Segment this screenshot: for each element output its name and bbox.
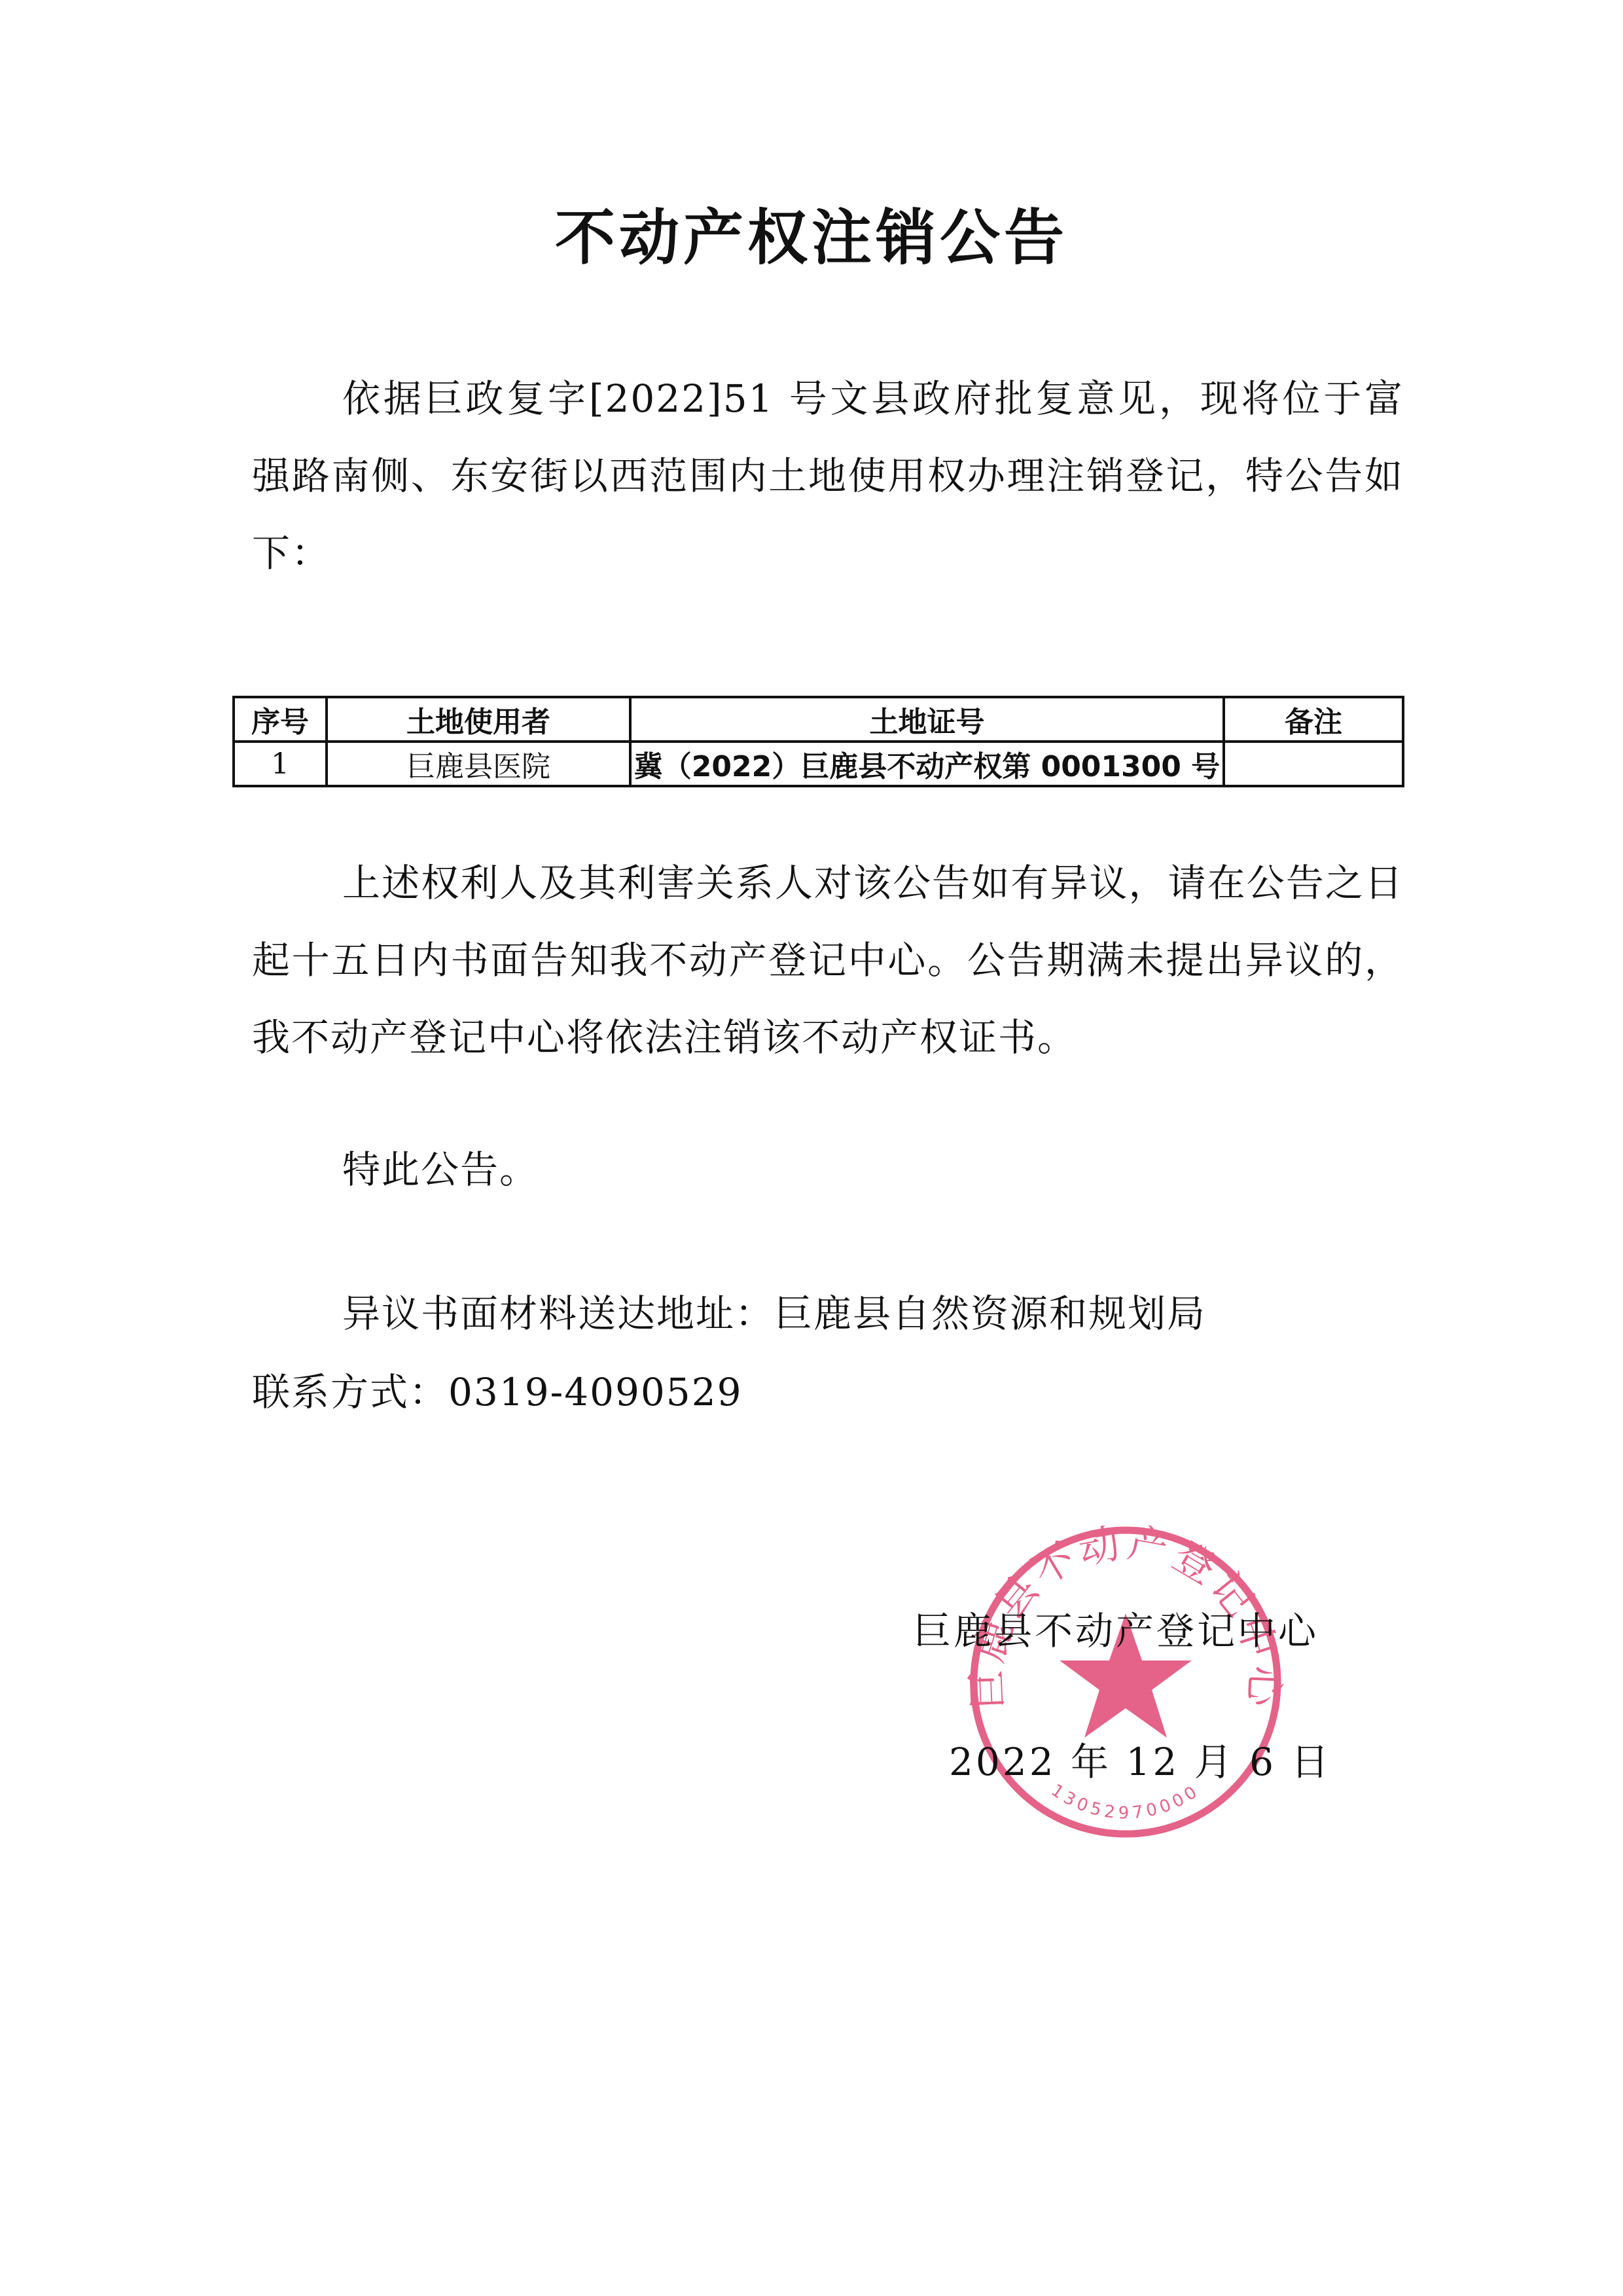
cell-remarks: [1224, 742, 1403, 786]
table-row: 1 巨鹿县医院 冀（2022）巨鹿县不动产权第 0001300 号: [234, 742, 1403, 786]
table-header-row: 序号 土地使用者 土地证号 备注: [234, 697, 1403, 742]
header-remarks: 备注: [1224, 697, 1403, 742]
cell-land-user: 巨鹿县医院: [327, 742, 630, 786]
official-seal: 巨鹿县不动产登记中心 13052970000: [965, 1522, 1286, 1842]
header-serial: 序号: [234, 697, 327, 742]
cancellation-table: 序号 土地使用者 土地证号 备注 1 巨鹿县医院 冀（2022）巨鹿县不动产权第…: [232, 696, 1404, 787]
intro-paragraph: 依据巨政复字[2022]51 号文县政府批复意见，现将位于富强路南侧、东安街以西…: [252, 360, 1404, 592]
address-line: 异议书面材料送达地址：巨鹿县自然资源和规划局: [342, 1283, 1206, 1338]
contact-line: 联系方式：0319-4090529: [252, 1361, 743, 1416]
page-title: 不动产权注销公告: [0, 190, 1623, 276]
seal-serial-number: 13052970000: [1047, 1780, 1204, 1823]
cell-serial: 1: [234, 742, 327, 786]
issue-date: 2022 年 12 月 6 日: [949, 1731, 1332, 1786]
issuer-signature: 巨鹿县不动产登记中心: [913, 1600, 1319, 1655]
header-certificate-number: 土地证号: [630, 697, 1224, 742]
closing-text: 特此公告。: [342, 1139, 539, 1194]
objection-paragraph: 上述权利人及其利害关系人对该公告如有异议，请在公告之日起十五日内书面告知我不动产…: [252, 844, 1404, 1076]
header-land-user: 土地使用者: [327, 697, 630, 742]
cell-certificate-number: 冀（2022）巨鹿县不动产权第 0001300 号: [630, 742, 1224, 786]
